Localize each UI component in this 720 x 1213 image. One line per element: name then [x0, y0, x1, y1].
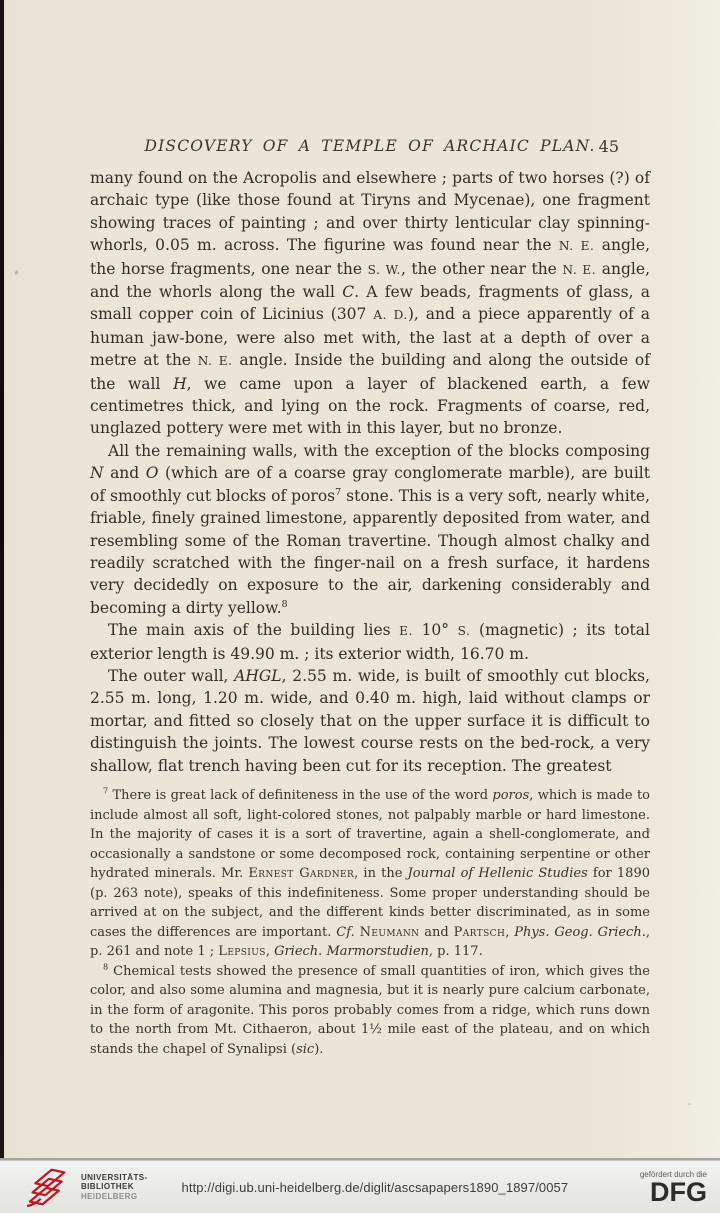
- text-run: , the other near the: [401, 260, 563, 278]
- text-run-name: Ernest Gardner: [248, 866, 354, 881]
- text-run-name: Neumann: [360, 925, 420, 940]
- text-run-i: poros: [492, 788, 529, 803]
- text-run-sc: N. E.: [198, 354, 233, 368]
- text-run-sc: N. E.: [562, 263, 596, 277]
- text-run-i: Phys. Geog. Griech.: [514, 925, 646, 940]
- scan-artifact: [14, 270, 19, 276]
- ub-heidelberg-books-icon: [24, 1167, 72, 1207]
- text-run-i: Griech. Marmorstudien: [274, 944, 429, 959]
- text-run: ,: [266, 944, 274, 959]
- text-run-i: Cf.: [336, 925, 354, 940]
- text-run: stone. This is a very soft, nearly white…: [90, 487, 650, 617]
- paragraph: many found on the Acropolis and elsewher…: [90, 167, 650, 440]
- text-run-sc: A. D.: [373, 308, 408, 322]
- library-name-line2: BIBLIOTHEK: [81, 1182, 148, 1192]
- text-run-name: Lepsius: [218, 944, 266, 959]
- text-run-i: N: [90, 464, 104, 482]
- dfg-logo[interactable]: gefördert durch die DFG: [640, 1170, 707, 1205]
- text-run-i: Journal of Hellenic Studies: [408, 866, 588, 881]
- text-run-sc: S. W.: [368, 263, 401, 277]
- paragraph: The main axis of the building lies E. 10…: [90, 619, 650, 665]
- text-run-i: H: [173, 375, 187, 393]
- text-run: , in the: [354, 866, 407, 881]
- running-header-title: DISCOVERY OF A TEMPLE OF ARCHAIC PLAN.: [90, 137, 650, 155]
- text-run-i: AHGL: [234, 667, 281, 685]
- text-run-i: sic: [296, 1042, 314, 1057]
- scan-binding-edge: [0, 0, 4, 1158]
- library-logo[interactable]: UNIVERSITÄTS- BIBLIOTHEK HEIDELBERG: [24, 1167, 148, 1207]
- text-run: Chemical tests showed the presence of sm…: [90, 964, 650, 1057]
- text-run: The outer wall,: [108, 667, 234, 685]
- dfg-wordmark: DFG: [640, 1179, 707, 1205]
- text-run-name: Partsch: [454, 925, 506, 940]
- library-name-line3: HEIDELBERG: [81, 1192, 148, 1202]
- text-run-sc: E.: [399, 624, 413, 638]
- text-run-i: O: [146, 464, 159, 482]
- text-run: ).: [314, 1042, 323, 1057]
- text-run: The main axis of the building lies: [108, 621, 399, 639]
- text-run: , p. 117.: [429, 944, 483, 959]
- text-run: There is great lack of definiteness in t…: [108, 788, 492, 803]
- digitized-page-viewer: DISCOVERY OF A TEMPLE OF ARCHAIC PLAN. 4…: [0, 0, 720, 1213]
- text-run-sup: 8: [282, 599, 288, 610]
- footnote-8: 8 Chemical tests showed the presence of …: [90, 962, 650, 1060]
- page-number: 45: [599, 137, 619, 156]
- text-run: All the remaining walls, with the except…: [108, 442, 650, 460]
- text-run-sc: S.: [458, 624, 471, 638]
- footnote-7: 7 There is great lack of definiteness in…: [90, 786, 650, 962]
- viewer-footer: UNIVERSITÄTS- BIBLIOTHEK HEIDELBERG http…: [0, 1160, 720, 1213]
- book-page-scan: DISCOVERY OF A TEMPLE OF ARCHAIC PLAN. 4…: [0, 0, 720, 1160]
- body-text: many found on the Acropolis and elsewher…: [90, 167, 650, 777]
- text-run: ,: [505, 925, 514, 940]
- footnotes: 7 There is great lack of definiteness in…: [90, 786, 650, 1059]
- text-run: and: [104, 464, 146, 482]
- text-run: 10°: [413, 621, 458, 639]
- running-header: DISCOVERY OF A TEMPLE OF ARCHAIC PLAN. 4…: [90, 137, 650, 159]
- library-name-line1: UNIVERSITÄTS-: [81, 1173, 148, 1183]
- scan-artifact: [688, 1103, 691, 1105]
- paragraph: The outer wall, AHGL, 2.55 m. wide, is b…: [90, 665, 650, 777]
- text-run-sc: N. E.: [559, 239, 595, 253]
- source-url-link[interactable]: http://digi.ub.uni-heidelberg.de/diglit/…: [182, 1180, 569, 1195]
- text-run: and: [419, 925, 453, 940]
- paragraph: All the remaining walls, with the except…: [90, 440, 650, 619]
- text-run-i: C: [342, 283, 354, 301]
- library-logo-text: UNIVERSITÄTS- BIBLIOTHEK HEIDELBERG: [81, 1173, 148, 1202]
